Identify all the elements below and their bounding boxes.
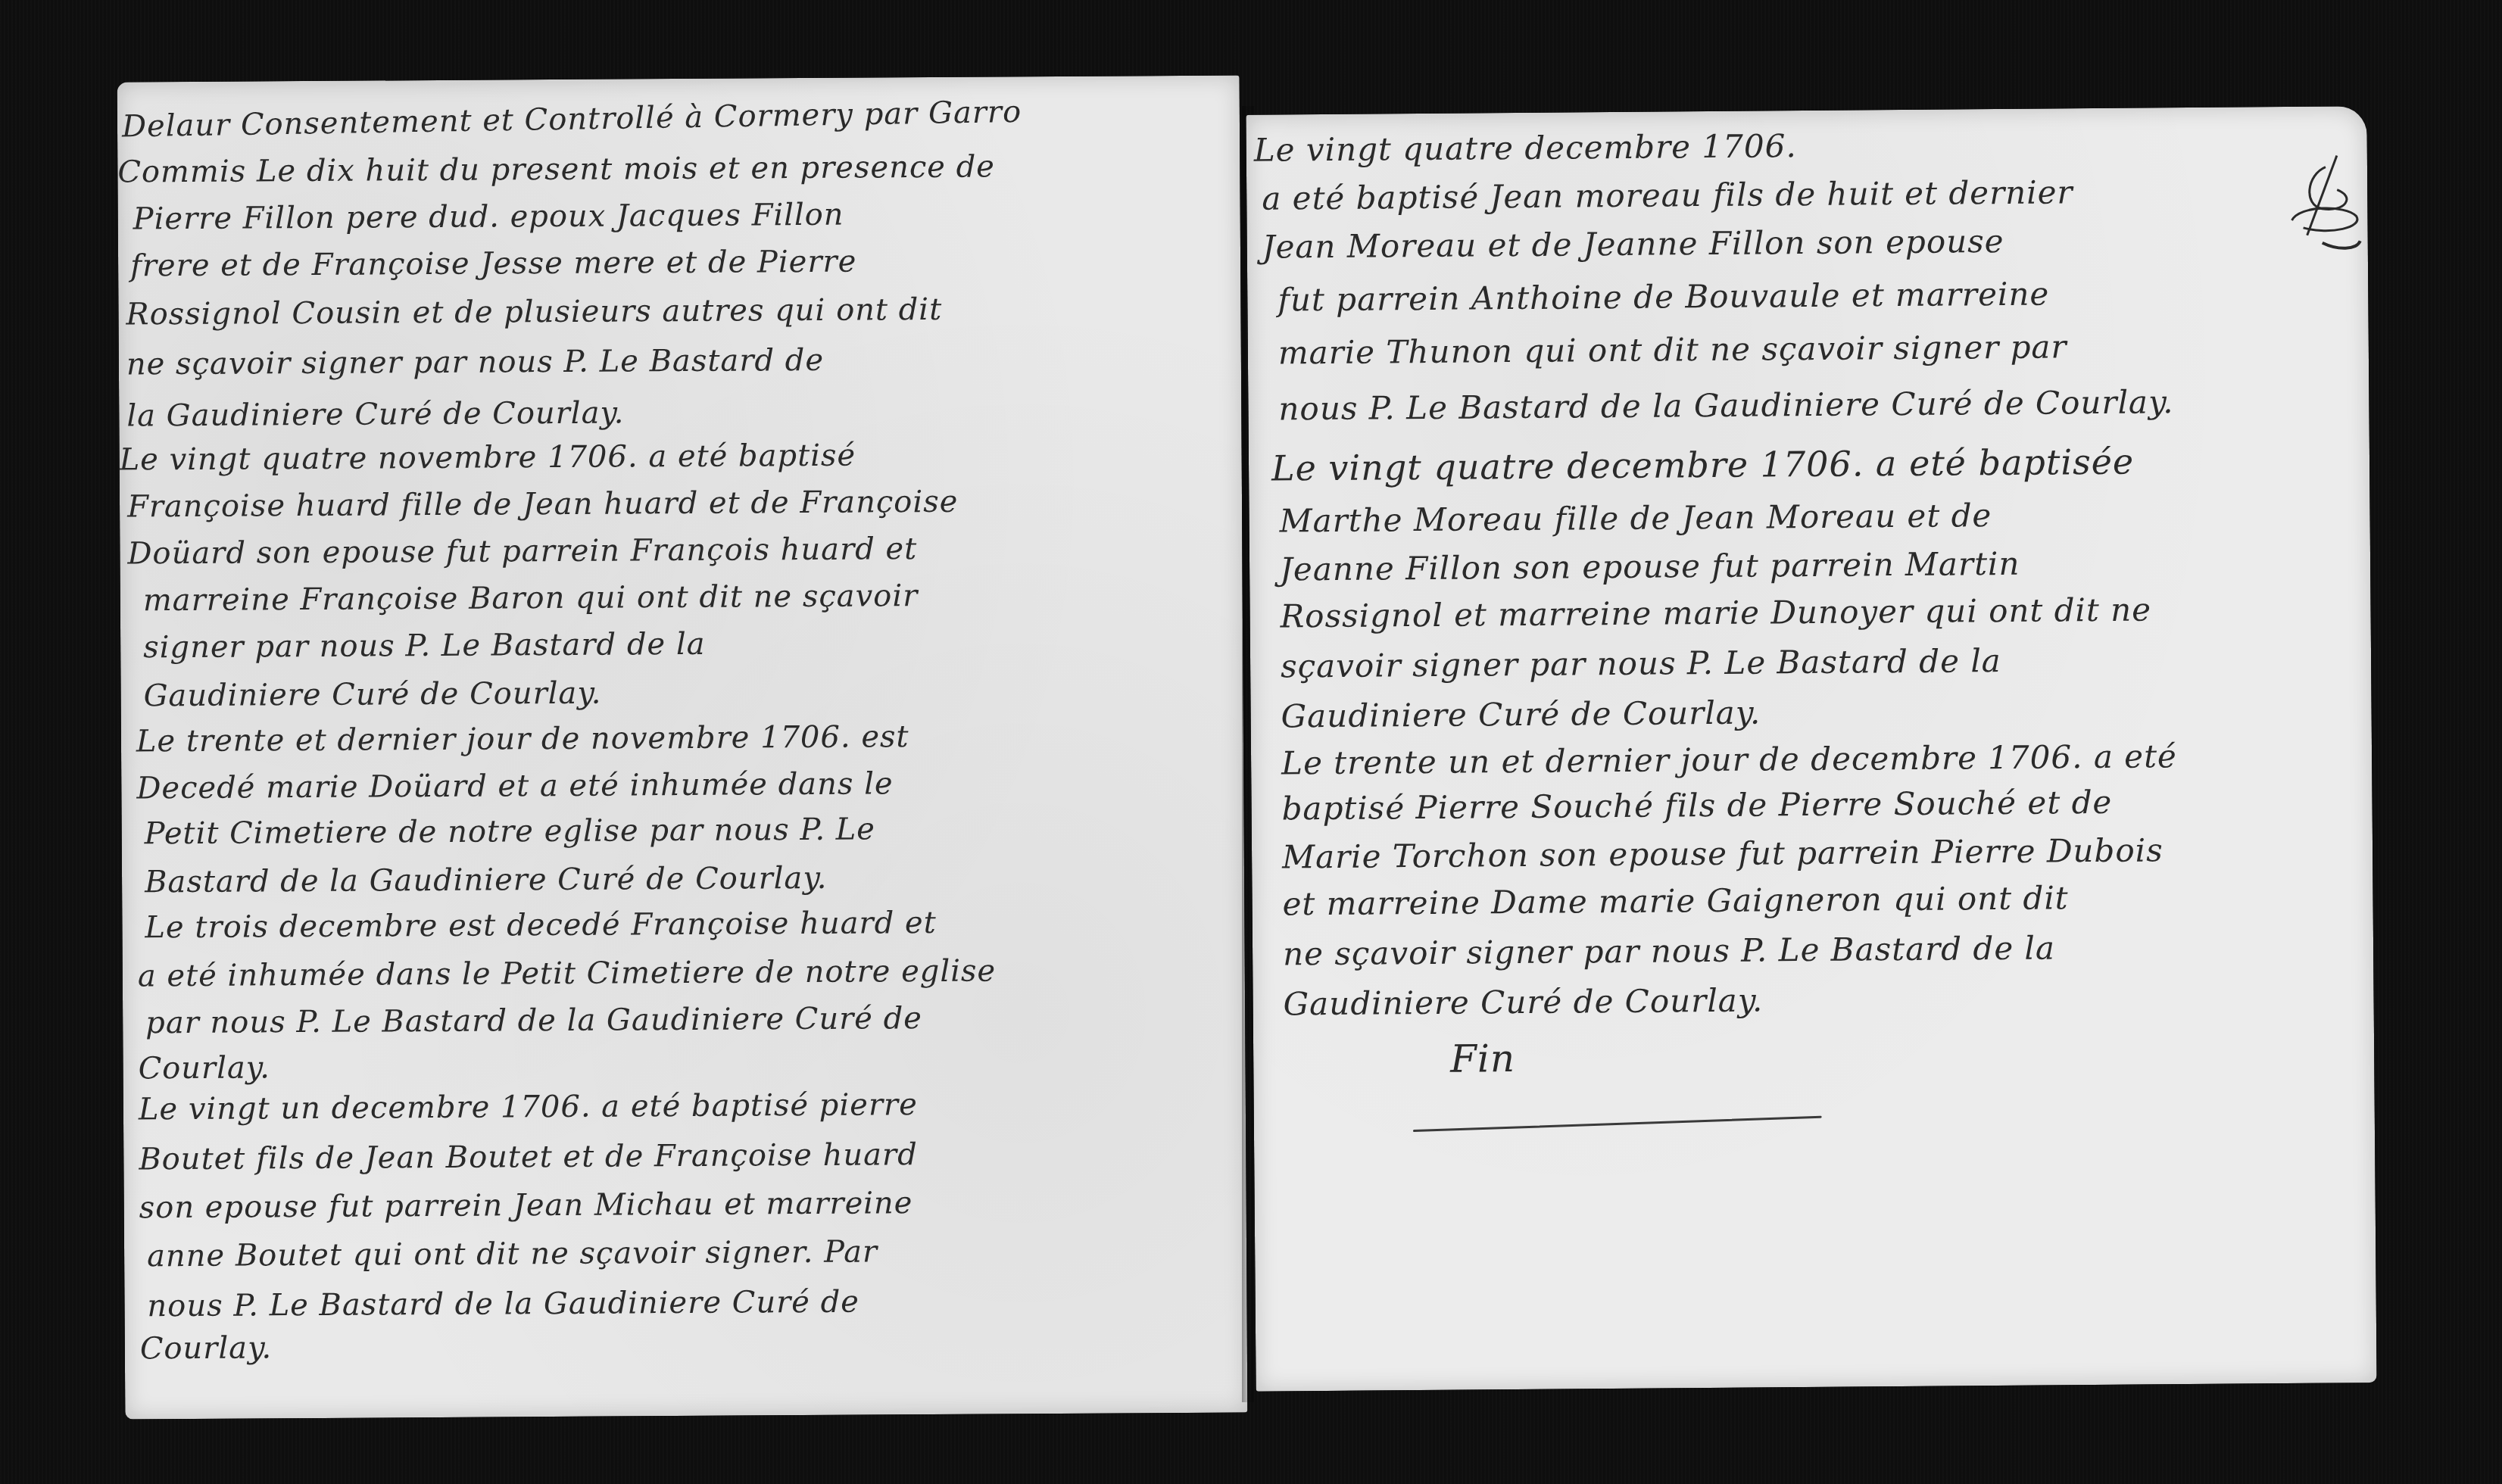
left-line-15: Decedé marie Doüard et a eté inhumée dan… <box>136 766 893 806</box>
right-line-8: Marthe Moreau fille de Jean Moreau et de <box>1279 497 1992 539</box>
left-line-13: Gaudiniere Curé de Courlay. <box>143 676 601 714</box>
left-line-7: la Gaudiniere Curé de Courlay. <box>126 395 624 433</box>
left-line-8: Le vingt quatre novembre 1706. a eté bap… <box>120 438 856 478</box>
left-line-22: Le vingt un decembre 1706. a eté baptisé… <box>139 1087 918 1127</box>
right-line-5: marie Thunon qui ont dit ne sçavoir sign… <box>1278 328 2067 371</box>
closing-mark-fin: Fin <box>1450 1037 1515 1081</box>
left-page-text: Delaur Consentement et Controllé à Corme… <box>117 75 1248 1419</box>
left-line-24: son epouse fut parrein Jean Michau et ma… <box>139 1186 913 1225</box>
left-line-6: ne sçavoir signer par nous P. Le Bastard… <box>126 343 824 382</box>
right-page-text: Le vingt quatre decembre 1706. a eté bap… <box>1246 106 2376 1392</box>
left-line-18: Le trois decembre est decedé Françoise h… <box>145 906 936 945</box>
right-line-18: Gaudiniere Curé de Courlay. <box>1283 982 1763 1023</box>
left-line-5: Rossignol Cousin et de plusieurs autres … <box>126 292 942 332</box>
right-line-10: Rossignol et marreine marie Dunoyer qui … <box>1280 591 2151 634</box>
right-line-2: a eté baptisé Jean moreau fils de huit e… <box>1262 173 2073 217</box>
left-line-9: Françoise huard fille de Jean huard et d… <box>127 485 959 525</box>
left-line-26: nous P. Le Bastard de la Gaudiniere Curé… <box>147 1285 859 1324</box>
right-line-17: ne sçavoir signer par nous P. Le Bastard… <box>1283 929 2055 972</box>
left-line-21: Courlay. <box>138 1050 270 1086</box>
left-line-2: Commis Le dix huit du present mois et en… <box>117 149 995 189</box>
left-line-11: marreine Françoise Baron qui ont dit ne … <box>143 578 919 618</box>
left-page: Delaur Consentement et Controllé à Corme… <box>117 75 1248 1419</box>
right-line-3: Jean Moreau et de Jeanne Fillon son epou… <box>1262 223 2004 266</box>
left-line-10: Doüard son epouse fut parrein François h… <box>127 532 917 571</box>
left-line-1: Delaur Consentement et Controllé à Corme… <box>122 95 1022 145</box>
paraph-flourish-icon <box>2284 151 2368 258</box>
right-line-1: Le vingt quatre decembre 1706. <box>1254 127 1797 169</box>
left-line-14: Le trente et dernier jour de novembre 17… <box>136 719 909 759</box>
right-line-6: nous P. Le Bastard de la Gaudiniere Curé… <box>1278 383 2173 427</box>
right-line-12: Gaudiniere Curé de Courlay. <box>1281 694 1761 735</box>
right-line-7: Le vingt quatre decembre 1706. a eté bap… <box>1271 441 2135 489</box>
left-line-17: Bastard de la Gaudiniere Curé de Courlay… <box>145 861 828 900</box>
right-line-14: baptisé Pierre Souché fils de Pierre Sou… <box>1281 784 2112 828</box>
left-line-16: Petit Cimetiere de notre eglise par nous… <box>145 812 876 851</box>
left-line-25: anne Boutet qui ont dit ne sçavoir signe… <box>147 1234 878 1274</box>
right-line-13: Le trente un et dernier jour de decembre… <box>1281 737 2177 781</box>
right-line-11: sçavoir signer par nous P. Le Bastard de… <box>1281 642 2001 684</box>
right-line-9: Jeanne Fillon son epouse fut parrein Mar… <box>1280 545 2020 588</box>
left-line-27: Courlay. <box>140 1330 272 1366</box>
right-line-15: Marie Torchon son epouse fut parrein Pie… <box>1282 831 2164 875</box>
left-line-12: signer par nous P. Le Bastard de la <box>143 627 706 666</box>
left-line-19: a eté inhumée dans le Petit Cimetiere de… <box>138 953 997 993</box>
right-line-16: et marreine Dame marie Gaigneron qui ont… <box>1282 879 2068 922</box>
left-line-20: par nous P. Le Bastard de la Gaudiniere … <box>145 1001 922 1040</box>
right-page: Le vingt quatre decembre 1706. a eté bap… <box>1246 106 2376 1392</box>
right-line-4: fut parrein Anthoine de Bouvaule et marr… <box>1278 276 2049 319</box>
left-line-23: Boutet fils de Jean Boutet et de Françoi… <box>139 1137 918 1177</box>
left-line-3: Pierre Fillon pere dud. epoux Jacques Fi… <box>133 198 844 237</box>
left-line-4: frere et de Françoise Jesse mere et de P… <box>130 245 857 284</box>
